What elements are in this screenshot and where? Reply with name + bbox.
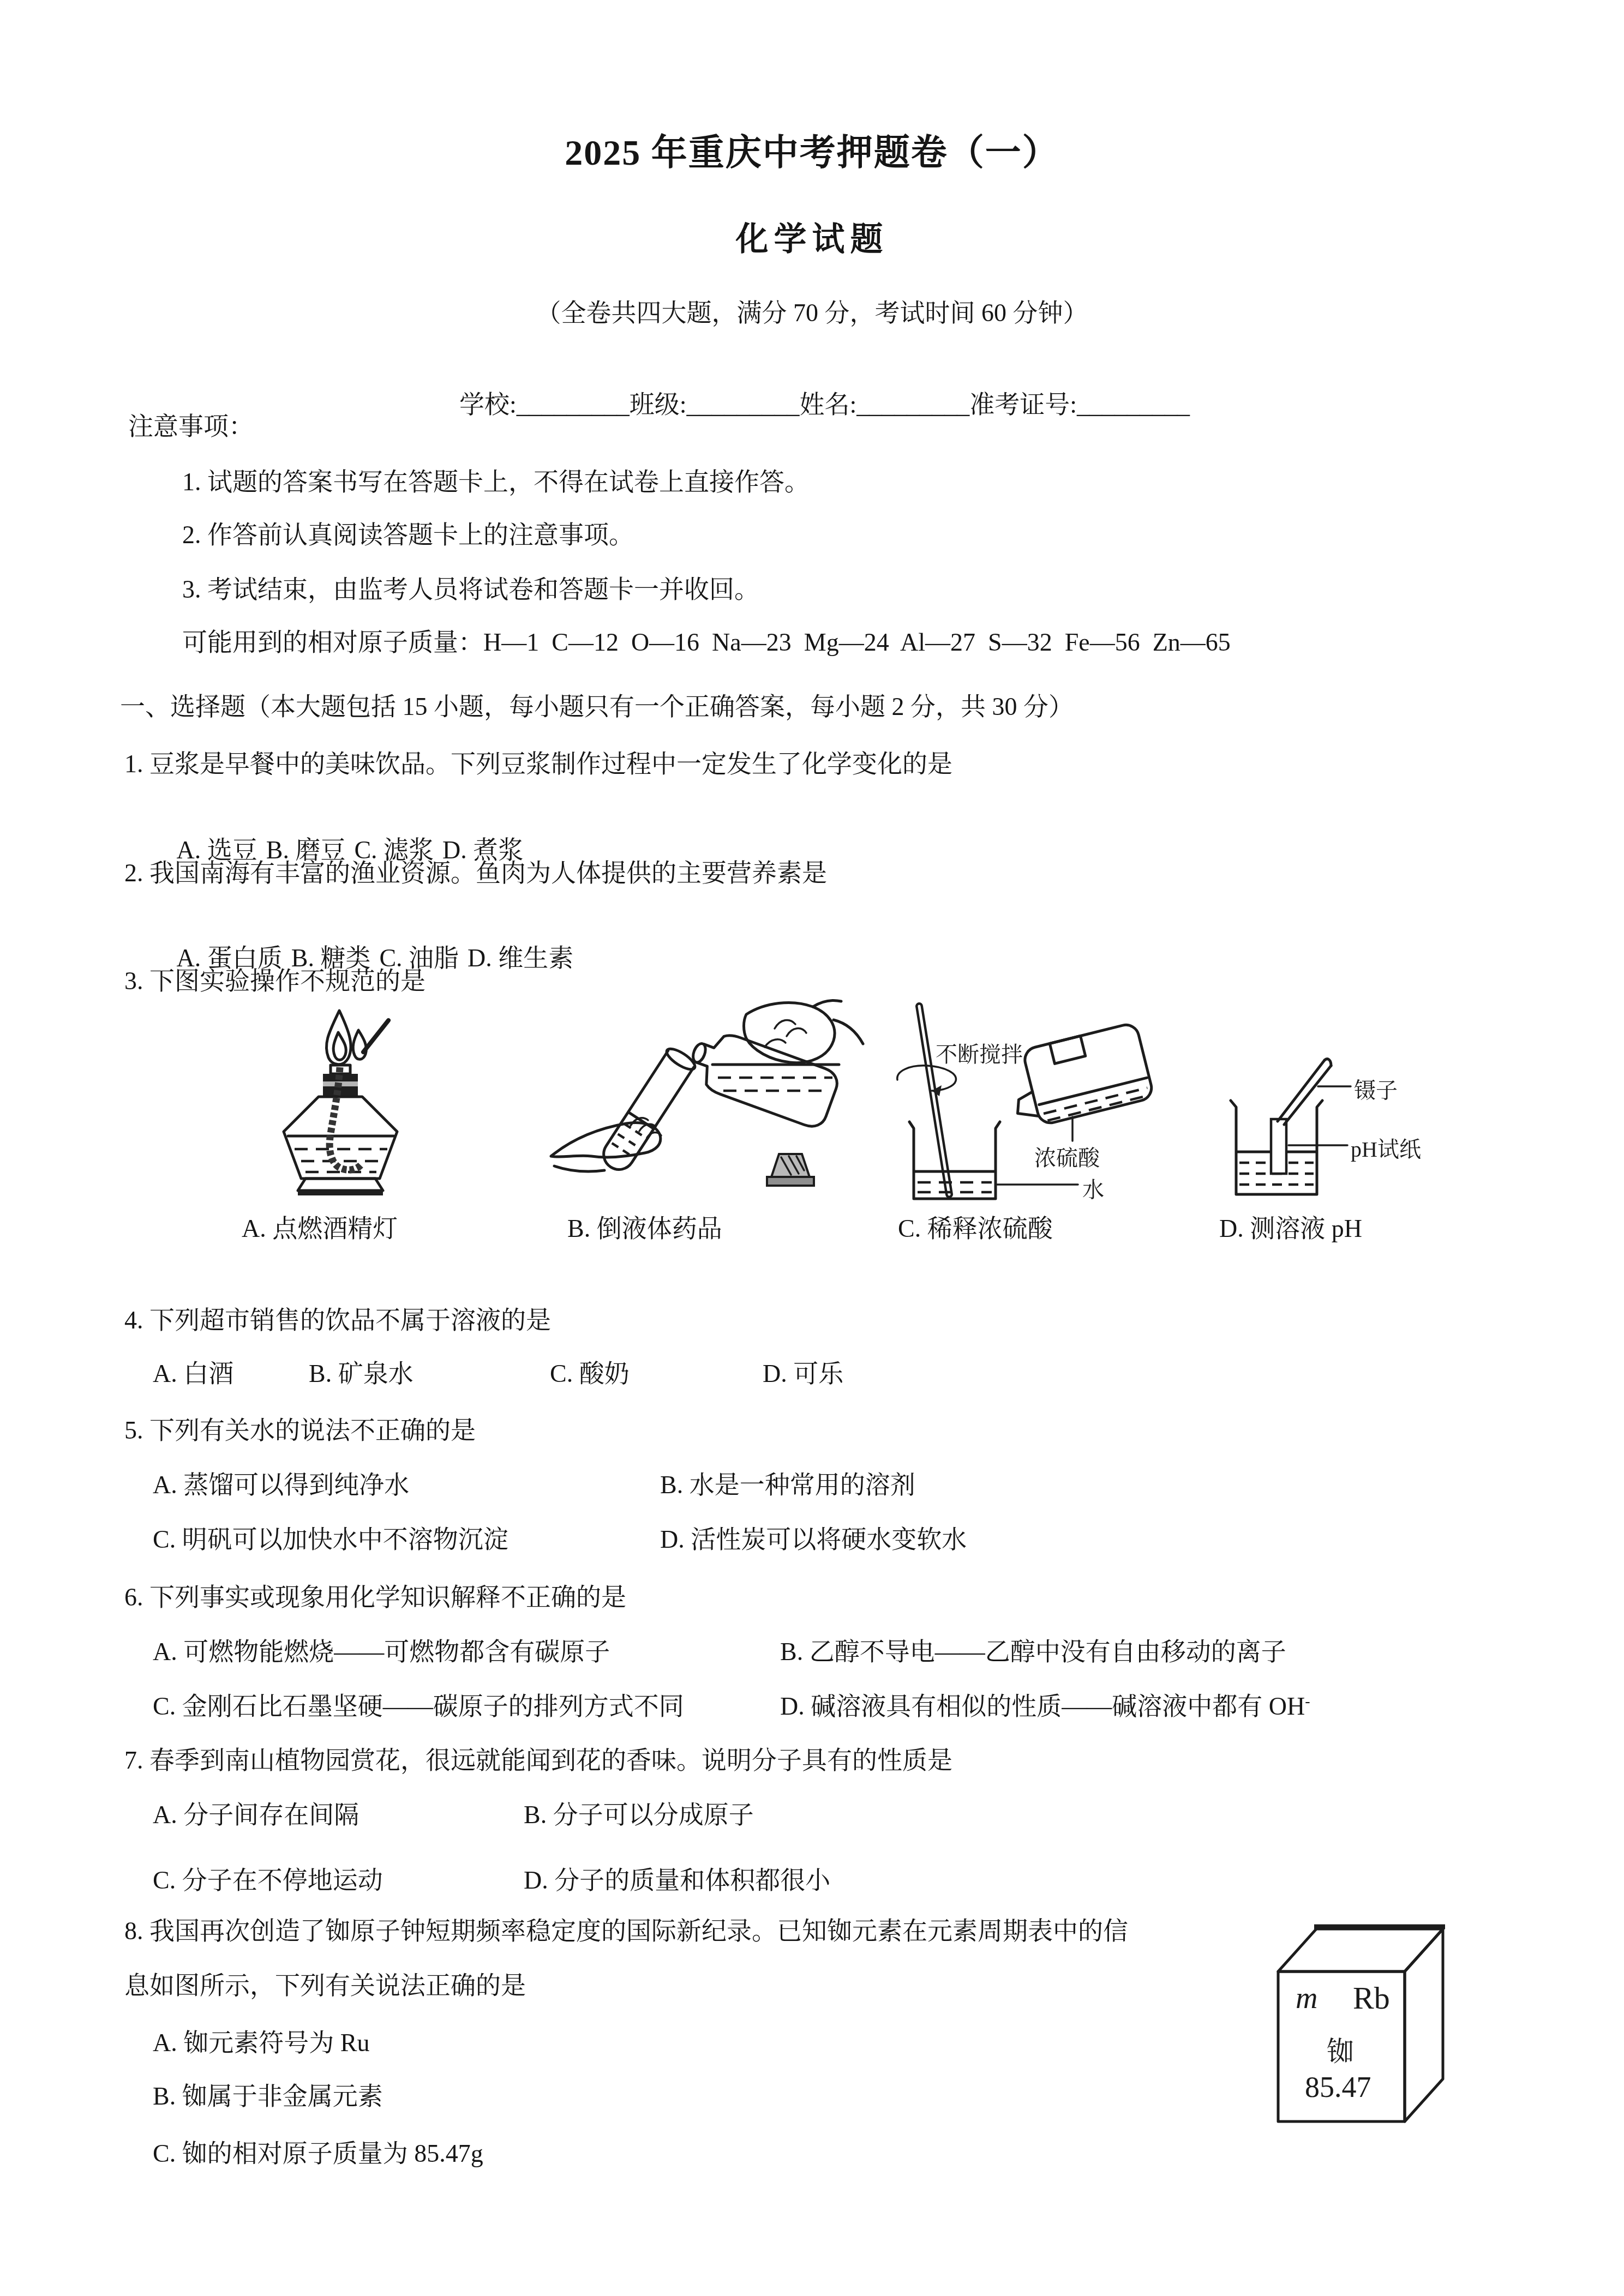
tweezers-label: 镊子 <box>1354 1073 1398 1104</box>
acid-label: 浓硫酸 <box>1034 1141 1100 1172</box>
exam-paper-page: 2025 年重庆中考押题卷（一） 化学试题 （全卷共四大题，满分 70 分，考试… <box>0 0 1624 2296</box>
element-info-box: m Rb 铷 85.47 <box>1244 1909 1473 2132</box>
subject-title: 化学试题 <box>0 219 1624 260</box>
question-1-stem: 1. 豆浆是早餐中的美味饮品。下列豆浆制作过程中一定发生了化学变化的是 <box>124 748 952 780</box>
q8-option-c: C. 铷的相对原子质量为 85.47g <box>153 2138 483 2169</box>
notice-heading: 注意事项： <box>128 411 254 442</box>
q2-option-d: D. 维生素 <box>468 944 573 972</box>
alcohol-lamp-icon <box>251 1006 431 1208</box>
figure-c-dilute-acid: 不断搅拌 浓硫酸 水 <box>867 998 1162 1216</box>
question-5-stem: 5. 下列有关水的说法不正确的是 <box>124 1415 476 1446</box>
examno-label: 准考证号: <box>969 390 1077 418</box>
figure-b-caption: B. 倒液体药品 <box>567 1213 722 1245</box>
question-8-stem-line1: 8. 我国再次创造了铷原子钟短期频率稳定度的国际新纪录。已知铷元素在元素周期表中… <box>124 1915 1128 1947</box>
q5-option-c: C. 明矾可以加快水中不溶物沉淀 <box>153 1524 508 1555</box>
q4-option-c: C. 酸奶 <box>550 1358 630 1390</box>
pouring-liquid-icon <box>518 998 867 1205</box>
dilute-acid-icon <box>867 998 1162 1216</box>
ph-test-icon <box>1211 1014 1495 1200</box>
school-blank: _________ <box>517 390 630 418</box>
name-label: 姓名: <box>800 390 857 418</box>
exam-meta: （全卷共四大题，满分 70 分，考试时间 60 分钟） <box>0 297 1624 329</box>
q4-option-a: A. 白酒 <box>153 1358 233 1390</box>
figure-c-caption: C. 稀释浓硫酸 <box>898 1213 1053 1245</box>
q8-option-b: B. 铷属于非金属元素 <box>153 2081 383 2112</box>
q4-option-b: B. 矿泉水 <box>309 1358 414 1390</box>
q5-option-a: A. 蒸馏可以得到纯净水 <box>153 1469 409 1501</box>
figure-b-pour-liquid <box>518 998 867 1205</box>
water-label: 水 <box>1082 1173 1104 1204</box>
figure-d-caption: D. 测溶液 pH <box>1219 1213 1362 1245</box>
question-2-stem: 2. 我国南海有丰富的渔业资源。鱼肉为人体提供的主要营养素是 <box>124 857 827 889</box>
stir-label: 不断搅拌 <box>936 1037 1023 1068</box>
element-mass-value: 85.47 <box>1305 2070 1371 2104</box>
atomic-masses: 可能用到的相对原子质量：H—1 C—12 O—16 Na—23 Mg—24 Al… <box>182 627 1231 658</box>
figure-a-alcohol-lamp <box>251 1006 431 1208</box>
figure-a-caption: A. 点燃酒精灯 <box>242 1213 398 1245</box>
q4-option-d: D. 可乐 <box>763 1358 843 1390</box>
q6-option-d-superscript: - <box>1305 1693 1310 1710</box>
q5-option-b: B. 水是一种常用的溶剂 <box>660 1469 915 1501</box>
element-mass-symbol: m <box>1296 1981 1317 2016</box>
q5-option-d: D. 活性炭可以将硬水变软水 <box>660 1524 967 1555</box>
section-1-heading: 一、选择题（本大题包括 15 小题，每小题只有一个正确答案，每小题 2 分，共 … <box>120 691 1074 723</box>
q6-option-d: D. 碱溶液具有相似的性质——碱溶液中都有 OH- <box>780 1691 1310 1722</box>
notice-item-3: 3. 考试结束，由监考人员将试卷和答题卡一并收回。 <box>182 574 759 605</box>
question-6-stem: 6. 下列事实或现象用化学知识解释不正确的是 <box>124 1582 626 1613</box>
q7-option-d: D. 分子的质量和体积都很小 <box>524 1865 830 1896</box>
notice-item-1: 1. 试题的答案书写在答题卡上，不得在试卷上直接作答。 <box>182 466 810 498</box>
examno-blank: _________ <box>1077 390 1190 418</box>
notice-item-2: 2. 作答前认真阅读答题卡上的注意事项。 <box>182 519 634 551</box>
question-4-stem: 4. 下列超市销售的饮品不属于溶液的是 <box>124 1305 551 1336</box>
figure-d-measure-ph: 镊子 pH试纸 <box>1211 1014 1495 1200</box>
q8-option-a: A. 铷元素符号为 Ru <box>153 2027 369 2059</box>
q7-option-a: A. 分子间存在间隔 <box>153 1799 359 1831</box>
q6-option-d-text: D. 碱溶液具有相似的性质——碱溶液中都有 OH <box>780 1692 1305 1720</box>
question-8-stem-line2: 息如图所示，下列有关说法正确的是 <box>124 1970 526 2002</box>
q6-option-a: A. 可燃物能燃烧——可燃物都含有碳原子 <box>153 1636 610 1668</box>
page-title: 2025 年重庆中考押题卷（一） <box>0 131 1624 176</box>
class-blank: _________ <box>687 390 800 418</box>
q7-option-c: C. 分子在不停地运动 <box>153 1865 383 1896</box>
element-symbol: Rb <box>1353 1980 1390 2016</box>
school-label: 学校: <box>459 390 517 418</box>
class-label: 班级: <box>630 390 687 418</box>
ph-paper-label: pH试纸 <box>1351 1132 1421 1163</box>
question-3-stem: 3. 下图实验操作不规范的是 <box>124 965 426 997</box>
q6-option-c: C. 金刚石比石墨坚硬——碳原子的排列方式不同 <box>153 1691 684 1722</box>
q7-option-b: B. 分子可以分成原子 <box>524 1799 754 1831</box>
element-name: 铷 <box>1327 2030 1354 2069</box>
question-7-stem: 7. 春季到南山植物园赏花，很远就能闻到花的香味。说明分子具有的性质是 <box>124 1745 952 1776</box>
name-blank: _________ <box>856 390 969 418</box>
q6-option-b: B. 乙醇不导电——乙醇中没有自由移动的离子 <box>780 1636 1286 1668</box>
